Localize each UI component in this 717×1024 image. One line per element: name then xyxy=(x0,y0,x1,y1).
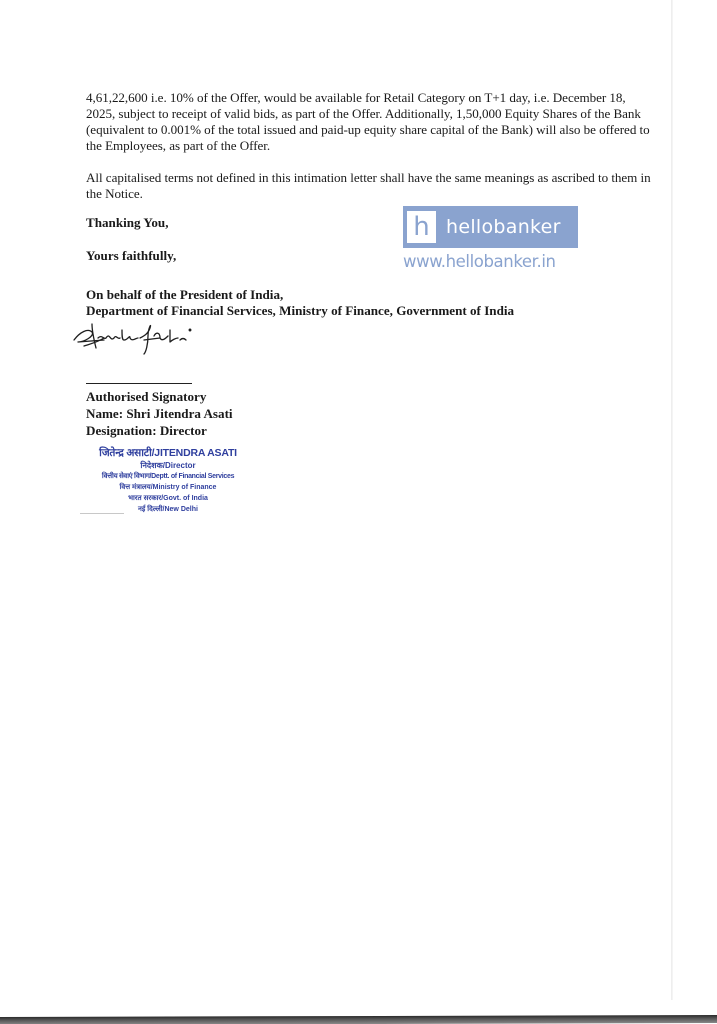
h-logo-icon: h xyxy=(407,211,436,243)
page-edge-shadow xyxy=(671,0,673,1000)
on-behalf-line: On behalf of the President of India, xyxy=(86,287,283,303)
scanner-edge-strip xyxy=(0,1015,717,1024)
hellobanker-watermark-logo: h hellobanker xyxy=(403,206,578,248)
signatory-title: Authorised Signatory xyxy=(86,389,206,405)
document-page: 4,61,22,600 i.e. 10% of the Offer, would… xyxy=(0,0,717,1024)
stamp-underline xyxy=(80,513,124,514)
paragraph-capitalised-terms: All capitalised terms not defined in thi… xyxy=(86,170,658,202)
stamp-designation: निदेशक/Director xyxy=(78,460,258,471)
handwritten-signature xyxy=(70,318,210,358)
signatory-name: Name: Shri Jitendra Asati xyxy=(86,406,233,422)
stamp-name: जितेन्द्र असाटी/JITENDRA ASATI xyxy=(78,446,258,460)
closing-yours-faithfully: Yours faithfully, xyxy=(86,248,176,264)
stamp-department: वित्तीय सेवाएं विभाग/Deptt. of Financial… xyxy=(78,471,258,482)
closing-thanking: Thanking You, xyxy=(86,215,169,231)
watermark-url: www.hellobanker.in xyxy=(403,252,583,271)
official-stamp: जितेन्द्र असाटी/JITENDRA ASATI निदेशक/Di… xyxy=(78,446,258,515)
signature-line xyxy=(86,383,192,384)
signatory-designation: Designation: Director xyxy=(86,423,207,439)
stamp-ministry: वित्त मंत्रालय/Ministry of Finance xyxy=(78,482,258,493)
stamp-government: भारत सरकार/Govt. of India xyxy=(78,493,258,504)
paragraph-offer-details: 4,61,22,600 i.e. 10% of the Offer, would… xyxy=(86,90,658,154)
watermark-brand-name: hellobanker xyxy=(446,216,561,238)
department-line: Department of Financial Services, Minist… xyxy=(86,303,514,319)
